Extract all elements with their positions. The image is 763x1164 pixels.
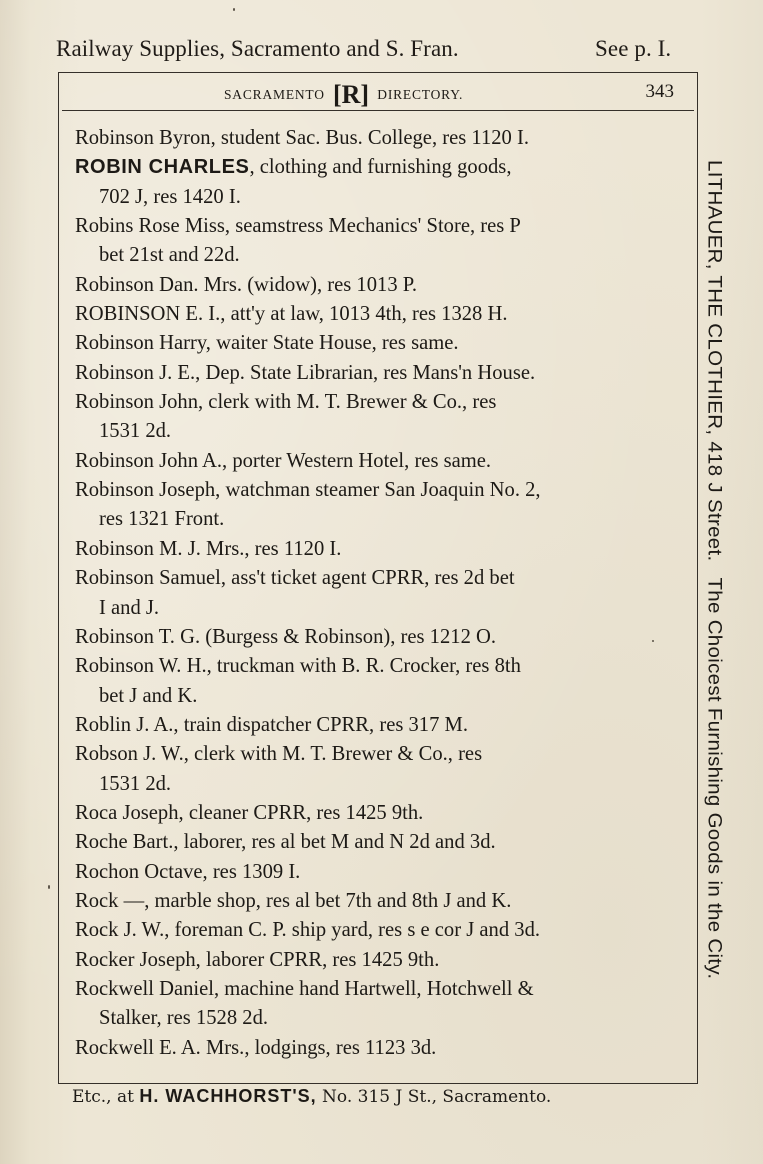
- directory-title-right: DIRECTORY.: [377, 87, 463, 102]
- section-letter: [R]: [333, 86, 369, 104]
- entry-continuation: res 1321 Front.: [75, 505, 680, 534]
- entry-rock-marble: Rock —, marble shop, res al bet 7th and …: [75, 887, 680, 916]
- entry-continuation: I and J.: [75, 594, 680, 623]
- side-ad-text: LITHAUER, THE CLOTHIER, 418 J Street.The…: [699, 160, 729, 979]
- entry-robinson-byron: Robinson Byron, student Sac. Bus. Colleg…: [75, 124, 680, 153]
- paper-speck: [48, 885, 50, 889]
- entry-rockwell-ea: Rockwell E. A. Mrs., lodgings, res 1123 …: [75, 1034, 680, 1063]
- entry-robins-rose: Robins Rose Miss, seamstress Mechanics' …: [75, 212, 680, 241]
- entry-robinson-je: Robinson J. E., Dep. State Librarian, re…: [75, 359, 680, 388]
- running-head: Railway Supplies, Sacramento and S. Fran…: [56, 36, 706, 62]
- paper-speck: [233, 8, 235, 11]
- entry-continuation: Stalker, res 1528 2d.: [75, 1004, 680, 1033]
- entry-robinson-dan: Robinson Dan. Mrs. (widow), res 1013 P.: [75, 271, 680, 300]
- entry-continuation: 1531 2d.: [75, 770, 680, 799]
- entry-continuation: bet J and K.: [75, 682, 680, 711]
- page-number: 343: [646, 81, 675, 103]
- entry-robinson-joseph: Robinson Joseph, watchman steamer San Jo…: [75, 476, 680, 505]
- paper-speck: [652, 640, 654, 642]
- entry-rocker-joseph: Rocker Joseph, laborer CPRR, res 1425 9t…: [75, 946, 680, 975]
- footer-suffix: No. 315 J St., Sacramento.: [322, 1087, 551, 1107]
- entry-robinson-wh: Robinson W. H., truckman with B. R. Croc…: [75, 652, 680, 681]
- entry-robinson-ei: ROBINSON E. I., att'y at law, 1013 4th, …: [75, 300, 680, 329]
- entry-roche-bart: Roche Bart., laborer, res al bet M and N…: [75, 828, 680, 857]
- entry-robinson-mj: Robinson M. J. Mrs., res 1120 I.: [75, 535, 680, 564]
- entry-rochon-octave: Rochon Octave, res 1309 I.: [75, 858, 680, 887]
- footer-prefix: Etc., at: [72, 1087, 134, 1107]
- entry-robinson-john-a: Robinson John A., porter Western Hotel, …: [75, 447, 680, 476]
- directory-title: SACRAMENTO [R] DIRECTORY.: [224, 86, 463, 104]
- entry-roca-joseph: Roca Joseph, cleaner CPRR, res 1425 9th.: [75, 799, 680, 828]
- entry-bold-name: ROBIN CHARLES: [75, 156, 249, 178]
- directory-title-left: SACRAMENTO: [224, 87, 325, 102]
- entry-robson-jw: Robson J. W., clerk with M. T. Brewer & …: [75, 740, 680, 769]
- entry-rockwell-daniel: Rockwell Daniel, machine hand Hartwell, …: [75, 975, 680, 1004]
- entry-roblin-ja: Roblin J. A., train dispatcher CPRR, res…: [75, 711, 680, 740]
- entry-robinson-tg: Robinson T. G. (Burgess & Robinson), res…: [75, 623, 680, 652]
- directory-entries: Robinson Byron, student Sac. Bus. Colleg…: [75, 124, 680, 1063]
- page-header: SACRAMENTO [R] DIRECTORY. 343: [62, 78, 694, 111]
- entry-continuation: 702 J, res 1420 I.: [75, 183, 680, 212]
- entry-robinson-harry: Robinson Harry, waiter State House, res …: [75, 329, 680, 358]
- running-head-see-page: See p. I.: [595, 36, 671, 62]
- entry-continuation: 1531 2d.: [75, 417, 680, 446]
- entry-robin-charles: ROBIN CHARLES, clothing and furnishing g…: [75, 153, 680, 182]
- entry-robinson-john: Robinson John, clerk with M. T. Brewer &…: [75, 388, 680, 417]
- entry-continuation: bet 21st and 22d.: [75, 241, 680, 270]
- side-ad-part1: LITHAUER, THE CLOTHIER, 418 J Street.: [704, 160, 726, 561]
- entry-rock-jw: Rock J. W., foreman C. P. ship yard, res…: [75, 916, 680, 945]
- side-advertisement: LITHAUER, THE CLOTHIER, 418 J Street.The…: [698, 160, 730, 980]
- footer-advertisement: Etc., at H. WACHHORST'S, No. 315 J St., …: [72, 1086, 697, 1107]
- running-head-text: Railway Supplies, Sacramento and S. Fran…: [56, 36, 459, 61]
- footer-business-name: H. WACHHORST'S,: [139, 1086, 316, 1106]
- entry-robinson-samuel: Robinson Samuel, ass't ticket agent CPRR…: [75, 564, 680, 593]
- side-ad-part2: The Choicest Furnishing Goods in the Cit…: [704, 577, 726, 979]
